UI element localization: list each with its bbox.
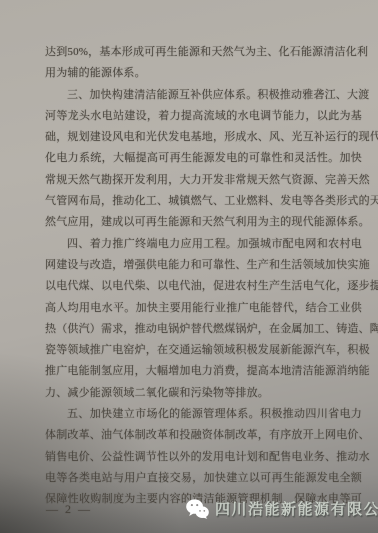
text-line: 电等各类电站与用户直接交易，加快建立以可再生能源发电全额 <box>45 468 362 489</box>
text-line: 三、加快构建清洁能源互补供应体系。积极推动雅砻江、大渡 <box>45 85 362 106</box>
text-line: 以电代煤、以电代柴、以电代油，促进农村生产生活电气化，逐步提 <box>45 276 362 297</box>
text-line: 销售电价、公益性调节性以外的发用电计划和配售电业务、推动水 <box>45 447 362 468</box>
page-number: — 2 — <box>46 502 92 517</box>
company-watermark: 四川浩能新能源有限公司 <box>186 498 378 519</box>
document-body: 达到50%，基本形成可再生能源和天然气为主、化石能源清洁化利 用为辅的能源体系。… <box>45 42 362 511</box>
text-line: 用为辅的能源体系。 <box>45 63 362 84</box>
text-line: 力、减少能源领域二氧化碳和污染物等排放。 <box>45 383 362 404</box>
text-line: 体制改革、油气体制改革和投融资体制改革，有序放开上网电价、 <box>45 425 362 446</box>
text-line: 达到50%，基本形成可再生能源和天然气为主、化石能源清洁化利 <box>45 42 362 63</box>
text-line: 五、加快建立市场化的能源管理体系。积极推动四川省电力 <box>45 404 362 425</box>
text-line: 四、着力推广终端电力应用工程。加强城市配电网和农村电 <box>45 234 362 255</box>
text-line: 热（供汽）需求，推动电锅炉替代燃煤锅炉，在金属加工、铸造、陶 <box>45 319 362 340</box>
text-line: 瓷等领域推广电窑炉，在交通运输领域积极发展新能源汽车，积极 <box>45 340 362 361</box>
text-line: 础，规划建设风电和光伏发电基地，形成水、风、光互补运行的现代 <box>45 127 362 148</box>
text-line: 河等龙头水电站建设，着力提高流域的水电调节能力，以此为基 <box>45 106 362 127</box>
text-line: 常规天然气勘探开发利用，大力开发非常规天然气资源、完善天然 <box>45 170 362 191</box>
text-line: 高人均用电水平。加快主要用能行业推广电能替代，结合工业供 <box>45 298 362 319</box>
text-line: 气管网布局，推动化工、城镇燃气、工业燃料、发电等各类形式的天 <box>45 191 362 212</box>
text-line: 网建设与改造，增强供电能力和可靠性、生产和生活领域加快实施 <box>45 255 362 276</box>
text-line: 推广电能制氢应用，大幅增加电力消费，提高本地清洁能源消纳能 <box>45 361 362 382</box>
wechat-icon <box>186 499 209 519</box>
company-name: 四川浩能新能源有限公司 <box>215 498 378 519</box>
text-line: 然气应用，建成以可再生能源和天然气利用为主的现代能源体系。 <box>45 212 362 233</box>
scanned-document-page: 达到50%，基本形成可再生能源和天然气为主、化石能源清洁化利 用为辅的能源体系。… <box>0 0 378 533</box>
text-line: 化电力系统，大幅提高可再生能源发电的可靠性和灵活性。加快 <box>45 148 362 169</box>
